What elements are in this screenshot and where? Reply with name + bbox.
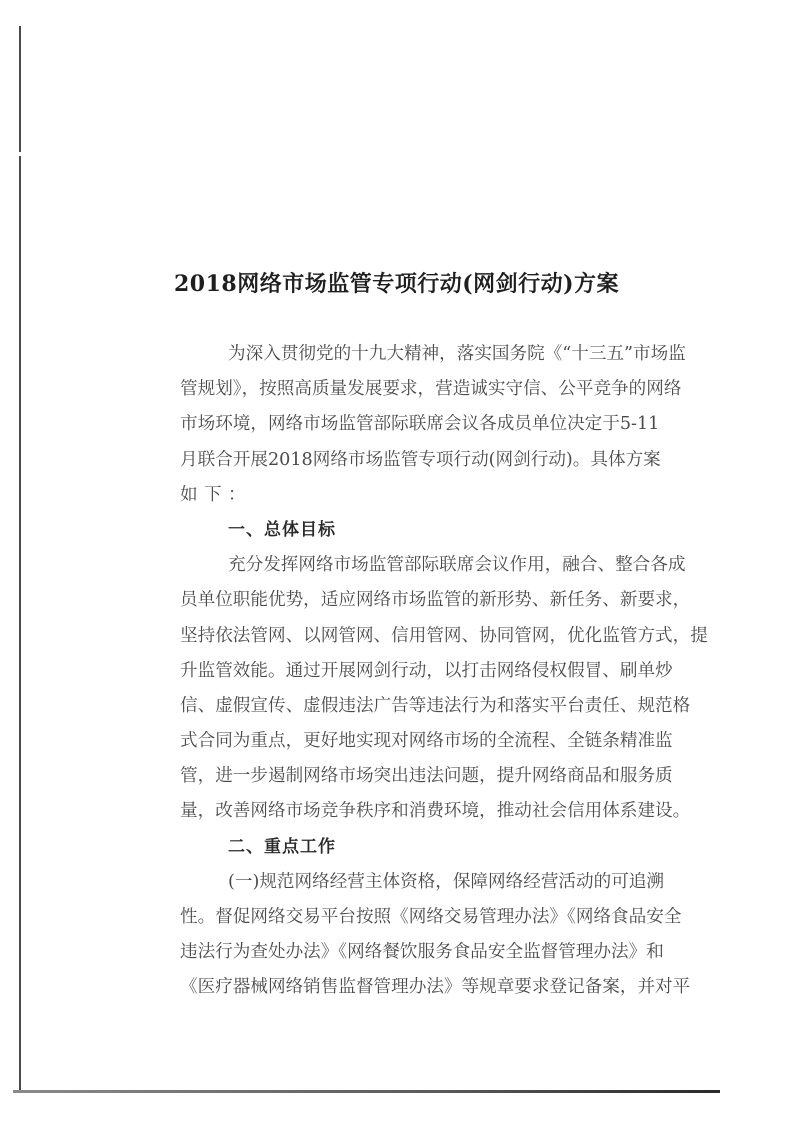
goal-line-4: 升监管效能。通过开展网剑行动，以打击网络侵权假冒、刷单炒 [180, 654, 640, 689]
intro-line-1: 为深入贯彻党的十九大精神，落实国务院《“十三五”市场监 [180, 337, 640, 372]
goal-line-1: 充分发挥网络市场监管部际联席会议作用，融合、整合各成 [180, 548, 640, 583]
document-body: 为深入贯彻党的十九大精神，落实国务院《“十三五”市场监 管规划》，按照高质量发展… [180, 337, 640, 1006]
goal-line-6: 式合同为重点，更好地实现对网络市场的全流程、全链条精准监 [180, 724, 640, 759]
goal-line-5: 信、虚假宣传、虚假违法广告等违法行为和落实平台责任、规范格 [180, 689, 640, 724]
section-heading-overall-goal: 一、总体目标 [180, 513, 640, 548]
work-line-3: 违法行为查处办法》《网络餐饮服务食品安全监督管理办法》和 [180, 935, 640, 970]
section-heading-key-work: 二、重点工作 [180, 830, 640, 865]
intro-line-3: 市场环境，网络市场监管部际联席会议各成员单位决定于5-11 [180, 407, 640, 442]
goal-line-2: 员单位职能优势，适应网络市场监管的新形势、新任务、新要求， [180, 583, 640, 618]
document-title: 2018网络市场监管专项行动(网剑行动)方案 [0, 267, 793, 298]
scan-border-bottom [13, 1090, 720, 1093]
goal-line-8: 量，改善网络市场竞争秩序和消费环境，推动社会信用体系建设。 [180, 794, 640, 829]
work-line-4: 《医疗器械网络销售监督管理办法》等规章要求登记备案，并对平 [180, 970, 640, 1005]
work-line-2: 性。督促网络交易平台按照《网络交易管理办法》《网络食品安全 [180, 900, 640, 935]
scan-border-gap [18, 152, 22, 156]
goal-line-3: 坚持依法管网、以网管网、信用管网、协同管网，优化监管方式，提 [180, 619, 640, 654]
goal-line-7: 管，进一步遏制网络市场突出违法问题，提升网络商品和服务质 [180, 759, 640, 794]
intro-line-5: 如下： [180, 478, 640, 513]
intro-line-2: 管规划》，按照高质量发展要求，营造诚实守信、公平竞争的网络 [180, 372, 640, 407]
scan-border-left [19, 26, 21, 1092]
work-line-1: (一)规范网络经营主体资格，保障网络经营活动的可追溯 [180, 865, 640, 900]
intro-line-4: 月联合开展2018网络市场监管专项行动(网剑行动)。具体方案 [180, 443, 640, 478]
